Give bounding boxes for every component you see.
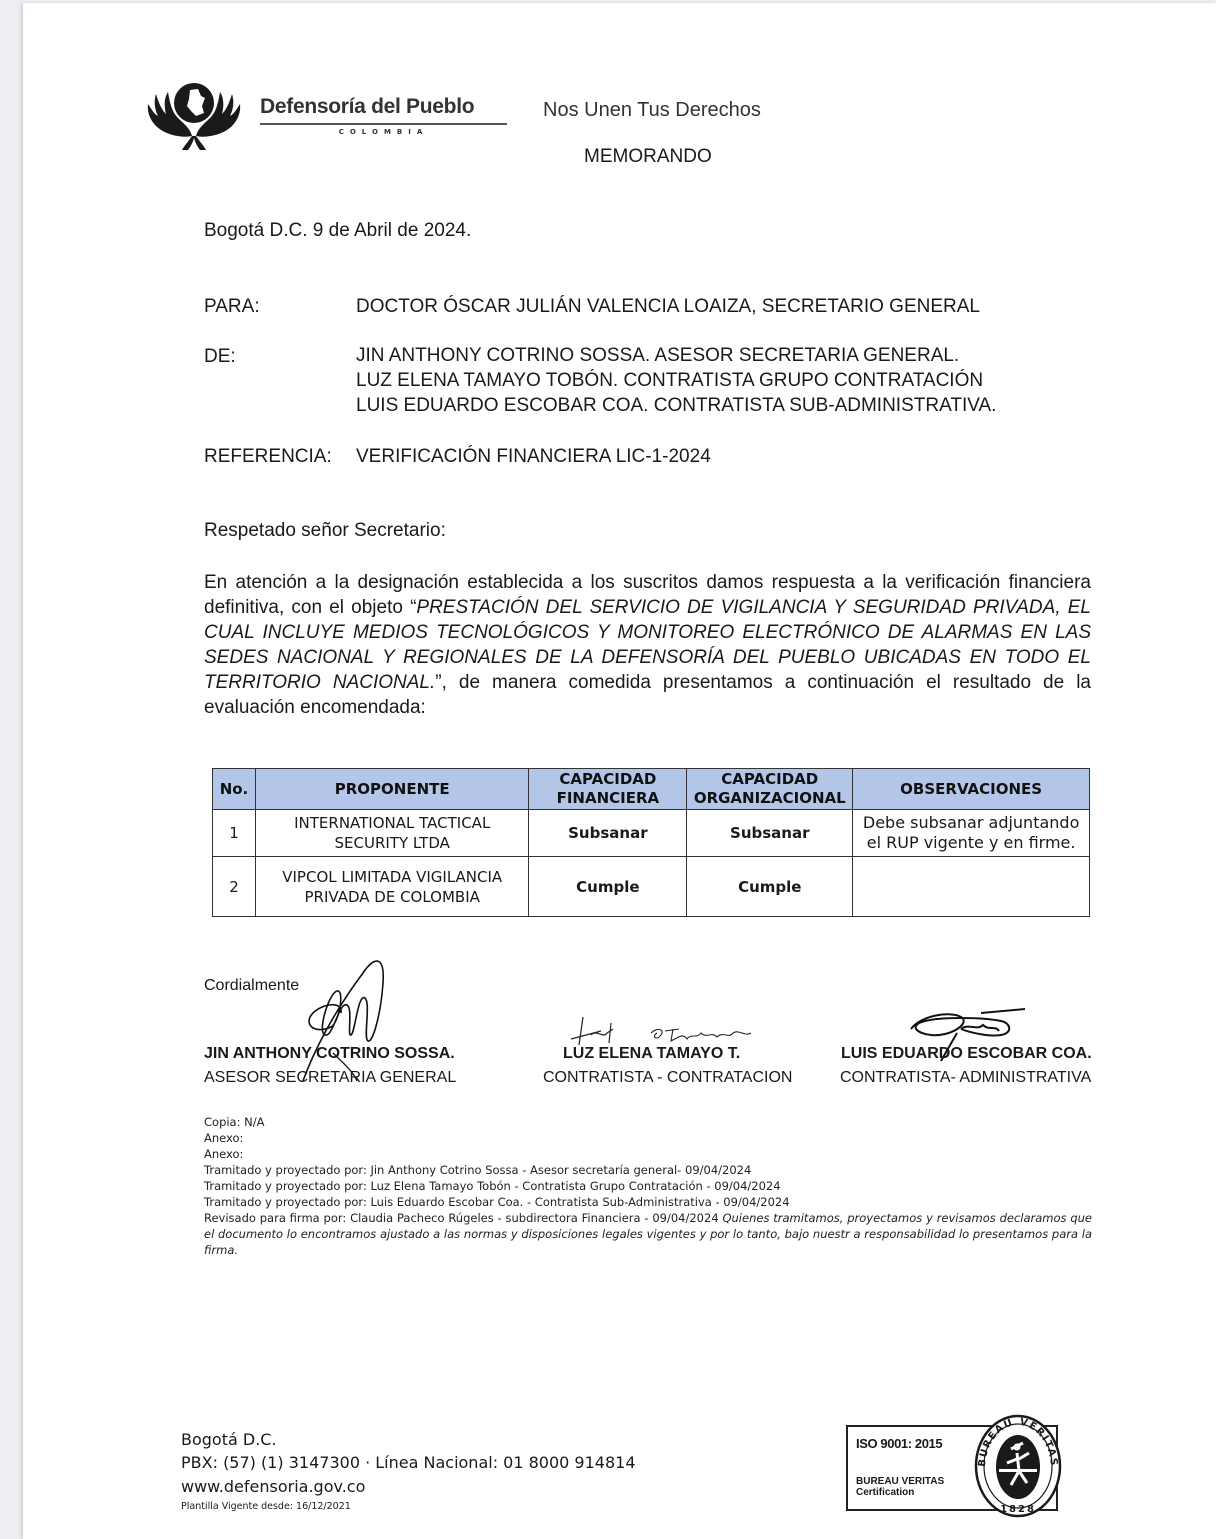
seal-year: 1828 bbox=[1000, 1504, 1036, 1515]
signatory-3-name: LUIS EDUARDO ESCOBAR COA. bbox=[841, 1045, 1092, 1063]
cell-observaciones: Debe subsanar adjuntando el RUP vigente … bbox=[853, 810, 1090, 857]
table-row: 2 VIPCOL LIMITADA VIGILANCIA PRIVADA DE … bbox=[213, 857, 1090, 917]
cell-no: 2 bbox=[213, 857, 256, 917]
para-label: PARA: bbox=[204, 296, 260, 318]
col-header-capacidad-organizacional: CAPACIDAD ORGANIZACIONAL bbox=[687, 769, 853, 810]
cell-capacidad-financiera: Cumple bbox=[529, 857, 687, 917]
table-header-row: No. PROPONENTE CAPACIDAD FINANCIERA CAPA… bbox=[213, 769, 1090, 810]
col-header-no: No. bbox=[213, 769, 256, 810]
copia-line: Copia: N/A bbox=[204, 1114, 1092, 1130]
hands-holding-globe-icon bbox=[144, 76, 244, 158]
table-row: 1 INTERNATIONAL TACTICAL SECURITY LTDA S… bbox=[213, 810, 1090, 857]
col-header-observaciones: OBSERVACIONES bbox=[853, 769, 1090, 810]
bureau-veritas-seal-icon: BUREAU VERITAS 1828 bbox=[973, 1413, 1063, 1519]
brand-country: COLOMBIA bbox=[260, 128, 507, 136]
cell-proponente: INTERNATIONAL TACTICAL SECURITY LTDA bbox=[255, 810, 528, 857]
routing-notes: Copia: N/A Anexo: Anexo: Tramitado y pro… bbox=[204, 1114, 1092, 1258]
tramitado-line-1: Tramitado y proyectado por: Jin Anthony … bbox=[204, 1162, 1092, 1178]
memo-page: Defensoría del Pueblo COLOMBIA Nos Unen … bbox=[23, 3, 1216, 1539]
cell-capacidad-organizacional: Cumple bbox=[687, 857, 853, 917]
evaluation-table: No. PROPONENTE CAPACIDAD FINANCIERA CAPA… bbox=[212, 768, 1090, 917]
brand-name: Defensoría del Pueblo bbox=[260, 95, 474, 119]
tramitado-line-2: Tramitado y proyectado por: Luz Elena Ta… bbox=[204, 1178, 1092, 1194]
signature-2-icon bbox=[561, 1009, 771, 1049]
cert-org: BUREAU VERITAS Certification bbox=[856, 1476, 944, 1498]
revisado-line: Revisado para firma por: Claudia Pacheco… bbox=[204, 1211, 722, 1225]
signature-1-icon bbox=[273, 953, 423, 1083]
signatory-2-role: CONTRATISTA - CONTRATACION bbox=[543, 1069, 792, 1087]
salutation: Respetado señor Secretario: bbox=[204, 520, 446, 542]
de-values: JIN ANTHONY COTRINO SOSSA. ASESOR SECRET… bbox=[356, 343, 996, 418]
referencia-label: REFERENCIA: bbox=[204, 446, 332, 468]
cell-capacidad-financiera: Subsanar bbox=[529, 810, 687, 857]
cell-capacidad-organizacional: Subsanar bbox=[687, 810, 853, 857]
cert-org-name: BUREAU VERITAS bbox=[856, 1476, 944, 1487]
de-value-3: LUIS EDUARDO ESCOBAR COA. CONTRATISTA SU… bbox=[356, 393, 996, 418]
footer-template-date: Plantilla Vigente desde: 16/12/2021 bbox=[181, 1501, 351, 1512]
signatory-1-name: JIN ANTHONY COTRINO SOSSA. bbox=[204, 1045, 455, 1063]
cell-proponente: VIPCOL LIMITADA VIGILANCIA PRIVADA DE CO… bbox=[255, 857, 528, 917]
document-type: MEMORANDO bbox=[584, 146, 712, 168]
cell-no: 1 bbox=[213, 810, 256, 857]
footer-website[interactable]: www.defensoria.gov.co bbox=[181, 1477, 365, 1496]
de-label: DE: bbox=[204, 346, 236, 368]
col-header-capacidad-financiera: CAPACIDAD FINANCIERA bbox=[529, 769, 687, 810]
body-paragraph: En atención a la designación establecida… bbox=[204, 570, 1091, 720]
date-line: Bogotá D.C. 9 de Abril de 2024. bbox=[204, 220, 471, 242]
cert-iso: ISO 9001: 2015 bbox=[856, 1436, 942, 1451]
para-value: DOCTOR ÓSCAR JULIÁN VALENCIA LOAIZA, SEC… bbox=[356, 296, 980, 318]
referencia-value: VERIFICACIÓN FINANCIERA LIC-1-2024 bbox=[356, 446, 711, 468]
cell-observaciones bbox=[853, 857, 1090, 917]
col-header-proponente: PROPONENTE bbox=[255, 769, 528, 810]
footer-phone: PBX: (57) (1) 3147300 · Línea Nacional: … bbox=[181, 1453, 636, 1472]
footer-city: Bogotá D.C. bbox=[181, 1430, 277, 1449]
revisado-block: Revisado para firma por: Claudia Pacheco… bbox=[204, 1210, 1092, 1258]
anexo-line-2: Anexo: bbox=[204, 1146, 1092, 1162]
signatory-1-role: ASESOR SECRETARIA GENERAL bbox=[204, 1069, 456, 1087]
de-value-2: LUZ ELENA TAMAYO TOBÓN. CONTRATISTA GRUP… bbox=[356, 368, 996, 393]
brand-underline bbox=[260, 123, 507, 125]
de-value-1: JIN ANTHONY COTRINO SOSSA. ASESOR SECRET… bbox=[356, 343, 996, 368]
slogan: Nos Unen Tus Derechos bbox=[543, 99, 761, 122]
signatory-2-name: LUZ ELENA TAMAYO T. bbox=[563, 1045, 740, 1063]
signatory-3-role: CONTRATISTA- ADMINISTRATIVA bbox=[840, 1069, 1091, 1087]
tramitado-line-3: Tramitado y proyectado por: Luis Eduardo… bbox=[204, 1194, 1092, 1210]
anexo-line-1: Anexo: bbox=[204, 1130, 1092, 1146]
cert-org-sub: Certification bbox=[856, 1487, 944, 1498]
